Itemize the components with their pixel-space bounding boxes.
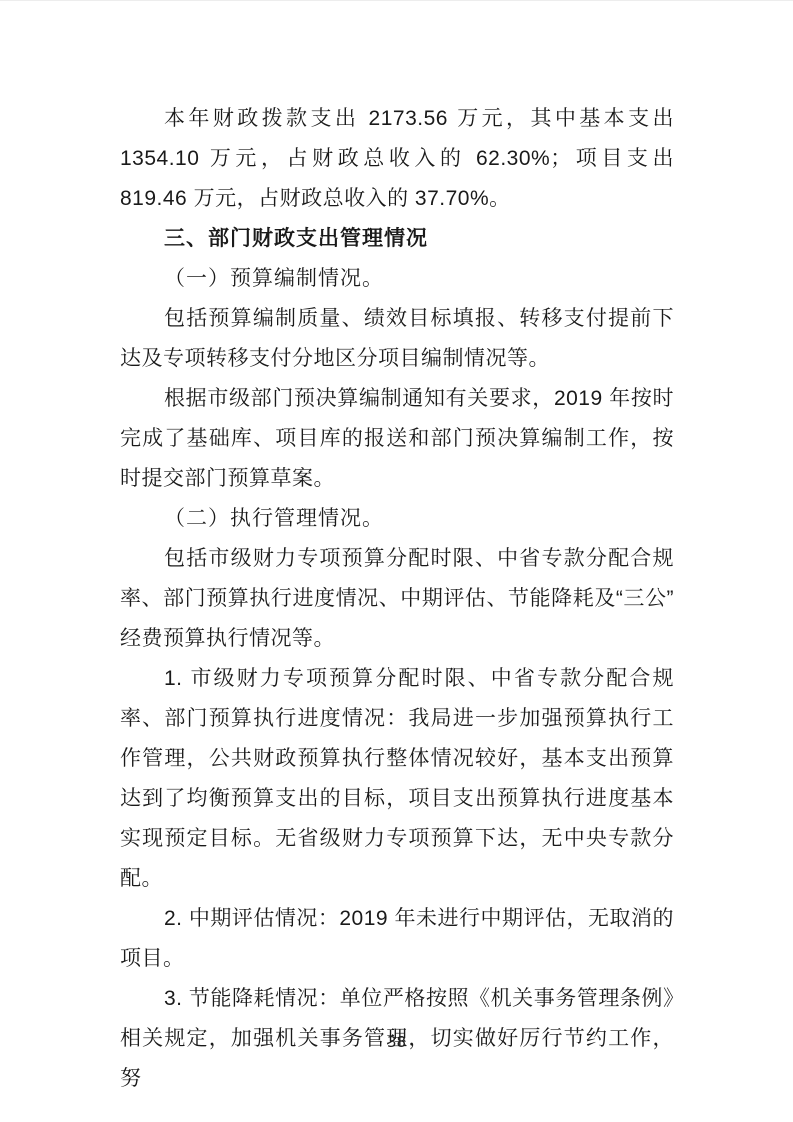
- body-paragraph-fiscal-summary: 本年财政拨款支出 2173.56 万元，其中基本支出 1354.10 万元，占财…: [120, 99, 674, 219]
- body-paragraph: 根据市级部门预决算编制通知有关要求，2019 年按时完成了基础库、项目库的报送和…: [120, 379, 674, 499]
- body-paragraph-item-2: 2. 中期评估情况：2019 年未进行中期评估，无取消的项目。: [120, 899, 674, 979]
- body-paragraph: 包括市级财力专项预算分配时限、中省专款分配合规率、部门预算执行进度情况、中期评估…: [120, 539, 674, 659]
- body-paragraph: 包括预算编制质量、绩效目标填报、转移支付提前下达及专项转移支付分地区分项目编制情…: [120, 299, 674, 379]
- subsection-heading-execution-management: （二）执行管理情况。: [120, 499, 674, 539]
- subsection-heading-budget-compilation: （一）预算编制情况。: [120, 259, 674, 299]
- page-number: 38: [0, 1032, 793, 1052]
- section-heading: 三、部门财政支出管理情况: [120, 219, 674, 259]
- page-body: 本年财政拨款支出 2173.56 万元，其中基本支出 1354.10 万元，占财…: [120, 99, 674, 1099]
- body-paragraph-item-1: 1. 市级财力专项预算分配时限、中省专款分配合规率、部门预算执行进度情况：我局进…: [120, 659, 674, 899]
- document-page: 本年财政拨款支出 2173.56 万元，其中基本支出 1354.10 万元，占财…: [0, 0, 793, 1122]
